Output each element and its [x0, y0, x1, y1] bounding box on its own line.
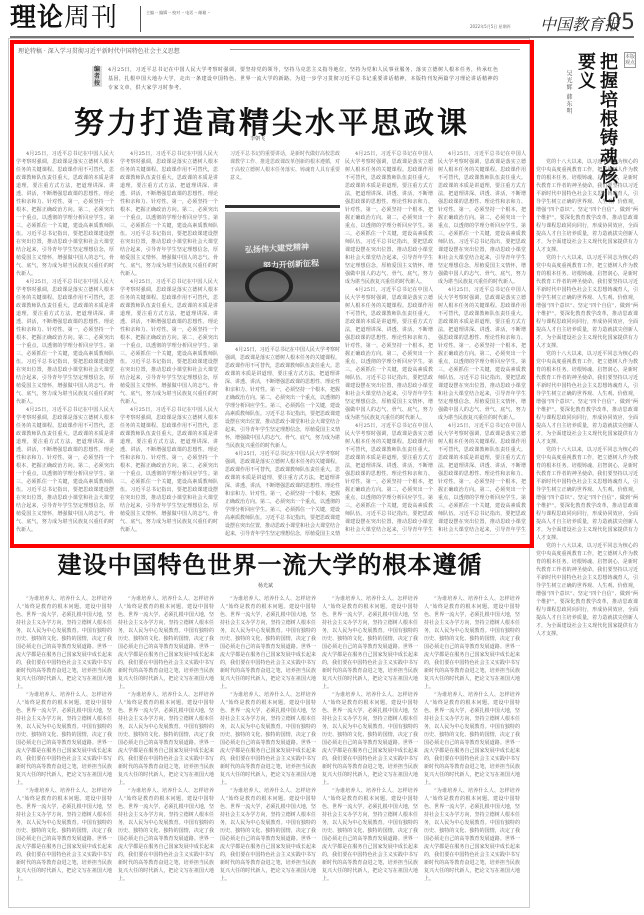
article-column-1: 4月25日，习近平总书记在中国人民大学考察时强调，思政课是落实立德树人根本任务的… — [16, 150, 114, 535]
issue-date: 2022年5月5日 星期四 — [470, 24, 511, 30]
article-column-5: 4月25日，习近平总书记在中国人民大学考察时强调，思政课是落实立德树人根本任务的… — [438, 150, 526, 535]
page-number: 05 — [607, 10, 635, 35]
column-tag-rule — [230, 49, 520, 50]
sidebar-body: 党的十八大以来，以习近平同志为核心的党中央高度重视教育工作，把立德树人作为教育的… — [536, 158, 638, 898]
second-column-3: “为谁培养人、培养什么人、怎样培养人”始终是教育的根本问题。建设中国特色、世界一… — [220, 595, 316, 900]
photo-sculpture — [245, 267, 293, 305]
second-column-5: “为谁培养人、培养什么人、怎样培养人”始终是教育的根本问题。建设中国特色、世界一… — [424, 595, 520, 900]
second-column-4: “为谁培养人、培养什么人、怎样培养人”始终是教育的根本问题。建设中国特色、世界一… — [322, 595, 418, 900]
sidebar-author: 吴光辉 韩东明 — [564, 70, 573, 115]
editor-info: 主编 ·· 编辑 ·· 校对 ·· 电话 ·· 邮箱 ·· — [146, 10, 256, 16]
section-title-light: 周刊 — [64, 3, 118, 33]
article-column-3: 4月25日，习近平总书记在中国人民大学考察时强调，思政课是落实立德树人根本任务的… — [225, 346, 340, 536]
section-title: 理论周刊 — [10, 2, 118, 34]
article-photo[interactable]: 弘扬伟大建党精神 努力开创新征程 — [225, 212, 340, 342]
second-column-1: “为谁培养人、培养什么人、怎样培养人”始终是教育的根本问题。建设中国特色、世界一… — [16, 595, 112, 900]
sidebar-tag: 本版观点 — [624, 52, 636, 68]
editor-note: 4月25日，习近平总书记在中国人民大学考察时强调，要坚持党的领导，坚持马克思主义… — [108, 66, 503, 93]
second-byline: 杨光斌 — [258, 582, 273, 589]
second-headline[interactable]: 建设中国特色世界一流大学的根本遵循 — [40, 545, 500, 580]
pull-quote: 习近平总书记的重要讲话，是新时代做好高校思政课教学工作、推进思政课改革创新的根本… — [230, 150, 340, 195]
article-column-4: 4月25日，习近平总书记在中国人民大学考察时强调，思政课是落实立德树人根本任务的… — [345, 150, 433, 535]
masthead: 理论周刊 主编 ·· 编辑 ·· 校对 ·· 电话 ·· 邮箱 ·· 2022年… — [0, 0, 644, 36]
pull-quote-rule — [225, 205, 340, 208]
sidebar-article[interactable]: 本版观点 把握培根铸魂核心要义 吴光辉 韩东明 党的十八大以来，以习近平同志为核… — [534, 40, 640, 910]
section-title-bold: 理论 — [10, 3, 64, 33]
main-byline: 李朝飞 — [250, 135, 265, 142]
photo-sign-text: 弘扬伟大建党精神 — [245, 240, 310, 257]
masthead-separator — [140, 6, 141, 32]
second-column-2: “为谁培养人、培养什么人、怎样培养人”始终是教育的根本问题。建设中国特色、世界一… — [118, 595, 214, 900]
article-column-2: 4月25日，习近平总书记在中国人民大学考察时强调，思政课是落实立德树人根本任务的… — [120, 150, 218, 535]
photo-ground — [225, 302, 340, 342]
lede-label: 编者按 — [92, 66, 102, 87]
main-headline[interactable]: 努力打造高精尖水平思政课 — [62, 98, 482, 142]
column-tag: 理论特稿 · 深入学习贯彻习近平新时代中国特色社会主义思想 — [18, 46, 180, 55]
